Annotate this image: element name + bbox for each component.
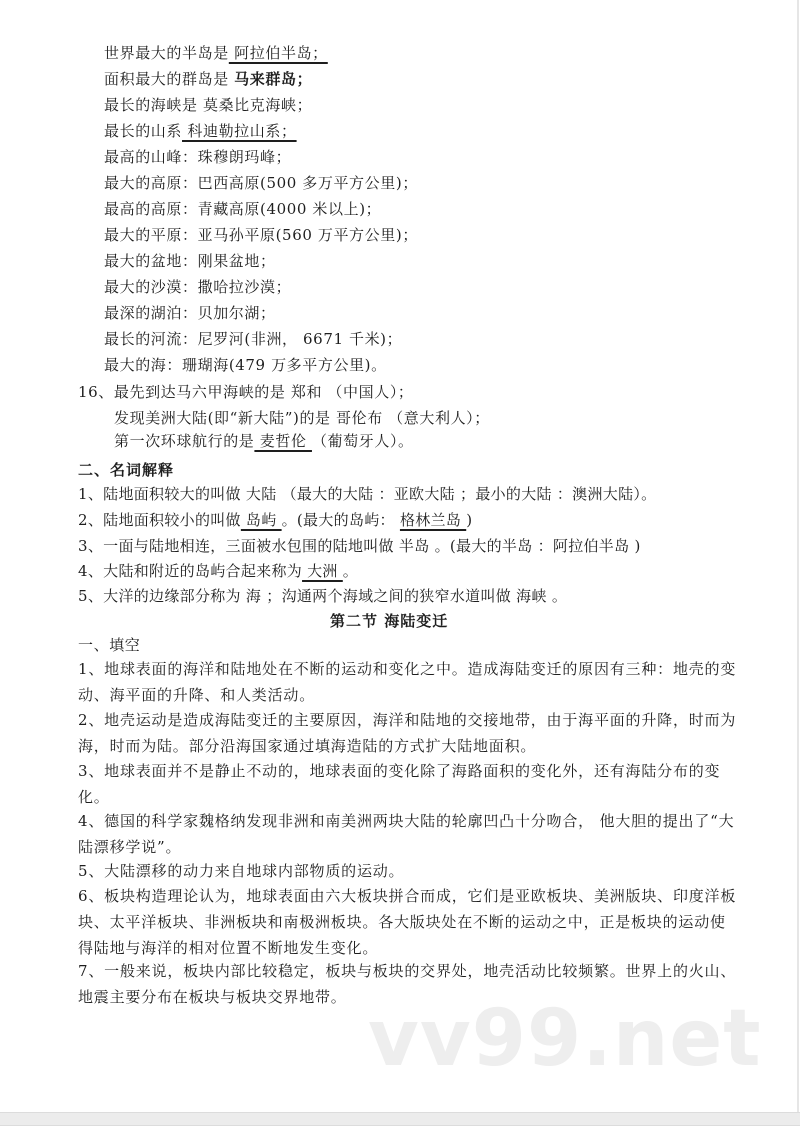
fact-line: 最大的盆地：刚果盆地； [104, 251, 276, 271]
definition-answer: 大洲 [302, 562, 343, 580]
definition-item: 3、一面与陆地相连，三面被水包围的陆地叫做 半岛 。(最大的半岛 ：阿拉伯半岛 … [78, 536, 641, 556]
fact-line: 最长的山系 科迪勒拉山系； [104, 121, 297, 141]
page-separator [0, 1112, 800, 1126]
fact-prefix: 最大的高原： [104, 174, 198, 192]
chapter-subheading: 一、填空 [78, 635, 140, 655]
fact-answer: 珊瑚海(479 万多平方公里)。 [182, 356, 387, 374]
fact-answer: 莫桑比克海峡； [203, 96, 312, 114]
fact-line: 最高的高原：青藏高原(4000 米以上)； [104, 199, 381, 219]
fact-prefix: 世界最大的半岛是 [104, 44, 229, 62]
paragraph: 3、地球表面并不是静止不动的，地球表面的变化除了海路面积的变化外，还有海陆分布的… [78, 758, 738, 810]
fact-prefix: 最长的海峡是 [104, 96, 203, 114]
paragraph: 4、德国的科学家魏格纳发现非洲和南美洲两块大陆的轮廓凹凸十分吻合， 他大胆的提出… [78, 808, 738, 860]
q16-line: 第一次环球航行的是 麦哲伦 （葡萄牙人）。 [114, 431, 414, 451]
q16-answer: 麦哲伦 [254, 432, 312, 450]
fact-prefix: 最大的沙漠： [104, 278, 198, 296]
section-heading: 二、名词解释 [78, 459, 174, 480]
paragraph: 1、地球表面的海洋和陆地处在不断的运动和变化之中。造成海陆变迁的原因有三种：地壳… [78, 656, 738, 708]
definition-text: 。 [343, 562, 358, 580]
fact-line: 面积最大的群岛是 马来群岛； [104, 69, 312, 89]
document-page: 世界最大的半岛是 阿拉伯半岛； 面积最大的群岛是 马来群岛； 最长的海峡是 莫桑… [0, 0, 799, 1112]
definition-text: 。(最大的岛屿： [282, 511, 400, 529]
watermark: vv99.net [368, 994, 762, 1084]
definition-item: 4、大陆和附近的岛屿合起来称为 大洲 。 [78, 561, 358, 581]
definition-answer: 岛屿 [241, 511, 282, 529]
fact-line: 最长的河流：尼罗河(非洲， 6671 千米)； [104, 329, 402, 349]
fact-answer: 贝加尔湖； [198, 304, 276, 322]
fact-line: 最长的海峡是 莫桑比克海峡； [104, 95, 312, 115]
definition-item: 1、陆地面积较大的叫做 大陆 （最大的大陆 ：亚欧大陆 ；最小的大陆 ：澳洲大陆… [78, 484, 657, 504]
definition-item: 5、大洋的边缘部分称为 海 ；沟通两个海域之间的狭窄水道叫做 海峡 。 [78, 586, 567, 606]
q16-prefix: 第一次环球航行的是 [114, 432, 254, 450]
definition-answer: 格林兰岛 [400, 511, 466, 529]
fact-answer: 阿拉伯半岛； [229, 44, 328, 62]
definition-item: 2、陆地面积较小的叫做 岛屿 。(最大的岛屿： 格林兰岛 ) [78, 510, 472, 530]
fact-line: 世界最大的半岛是 阿拉伯半岛； [104, 43, 328, 63]
paragraph: 5、大陆漂移的动力来自地球内部物质的运动。 [78, 858, 738, 884]
fact-line: 最深的湖泊：贝加尔湖； [104, 303, 276, 323]
q16-line: 16、最先到达马六甲海峡的是 郑和 （中国人）； [78, 382, 414, 402]
fact-line: 最大的沙漠：撒哈拉沙漠； [104, 277, 291, 297]
fact-line: 最大的海：珊瑚海(479 万多平方公里)。 [104, 355, 387, 375]
definition-text: ) [466, 511, 472, 529]
fact-prefix: 最长的山系 [104, 122, 182, 140]
fact-answer: 刚果盆地； [198, 252, 276, 270]
fact-line: 最高的山峰：珠穆朗玛峰； [104, 147, 291, 167]
fact-prefix: 最长的河流： [104, 330, 198, 348]
q16-line: 发现美洲大陆(即“新大陆”)的是 哥伦布 （意大利人）； [114, 408, 490, 428]
fact-answer: 尼罗河(非洲， 6671 千米)； [198, 330, 403, 348]
fact-prefix: 最高的高原： [104, 200, 198, 218]
fact-answer: 巴西高原(500 多万平方公里)； [198, 174, 418, 192]
fact-prefix: 最深的湖泊： [104, 304, 198, 322]
fact-answer: 撒哈拉沙漠； [198, 278, 292, 296]
chapter-title: 第二节 海陆变迁 [330, 610, 448, 631]
definition-text: 2、陆地面积较小的叫做 [78, 511, 241, 529]
fact-prefix: 最高的山峰： [104, 148, 198, 166]
fact-answer: 马来群岛； [234, 70, 312, 88]
fact-prefix: 面积最大的群岛是 [104, 70, 234, 88]
fact-line: 最大的高原：巴西高原(500 多万平方公里)； [104, 173, 418, 193]
q16-suffix: （葡萄牙人）。 [312, 432, 414, 450]
fact-prefix: 最大的平原： [104, 226, 198, 244]
fact-answer: 青藏高原(4000 米以上)； [198, 200, 382, 218]
fact-answer: 亚马孙平原(560 万平方公里)； [198, 226, 418, 244]
fact-line: 最大的平原：亚马孙平原(560 万平方公里)； [104, 225, 418, 245]
fact-prefix: 最大的盆地： [104, 252, 198, 270]
fact-answer: 珠穆朗玛峰； [198, 148, 292, 166]
paragraph: 6、板块构造理论认为，地球表面由六大板块拼合而成，它们是亚欧板块、美洲版块、印度… [78, 883, 738, 961]
fact-answer: 科迪勒拉山系； [182, 122, 297, 140]
paragraph: 2、地壳运动是造成海陆变迁的主要原因，海洋和陆地的交接地带，由于海平面的升降，时… [78, 707, 738, 759]
definition-text: 4、大陆和附近的岛屿合起来称为 [78, 562, 302, 580]
fact-prefix: 最大的海： [104, 356, 182, 374]
